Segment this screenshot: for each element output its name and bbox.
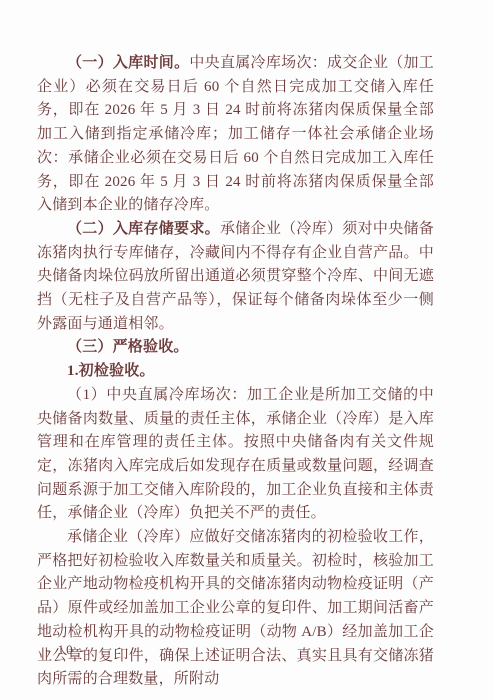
page-number: - 10 -: [46, 642, 86, 658]
document-page: （一）入库时间。中央直属冷库场次：成交企业（加工企业）必须在交易日后 60 个自…: [0, 0, 493, 700]
paragraph: （一）入库时间。中央直属冷库场次：成交企业（加工企业）必须在交易日后 60 个自…: [37, 52, 434, 218]
document-body: （一）入库时间。中央直属冷库场次：成交企业（加工企业）必须在交易日后 60 个自…: [37, 52, 434, 692]
paragraph-text: 中央直属冷库场次：成交企业（加工企业）必须在交易日后 60 个自然日完成加工交储…: [37, 55, 434, 213]
paragraph: （二）入库存储要求。承储企业（冷库）须对中央储备冻猪肉执行专库储存，冷藏间内不得…: [37, 218, 434, 337]
paragraph: （1）中央直属冷库场次：加工企业是所加工交储的中央储备肉数量、质量的责任主体，承…: [37, 384, 434, 526]
paragraph-text: 承储企业（冷库）应做好交储冻猪肉的初检验收工作，严格把好初检验收入库数量关和质量…: [37, 529, 434, 687]
paragraph-text: （1）中央直属冷库场次：加工企业是所加工交储的中央储备肉数量、质量的责任主体，承…: [37, 387, 434, 522]
paragraph: 承储企业（冷库）应做好交储冻猪肉的初检验收工作，严格把好初检验收入库数量关和质量…: [37, 526, 434, 692]
paragraph: （三）严格验收。: [37, 336, 434, 360]
paragraph-lead: （三）严格验收。: [67, 339, 189, 355]
paragraph: 1.初检验收。: [37, 360, 434, 384]
paragraph-lead: （一）入库时间。: [67, 55, 189, 71]
paragraph-lead: （二）入库存储要求。: [67, 221, 220, 237]
paragraph-text: 承储企业（冷库）须对中央储备冻猪肉执行专库储存，冷藏间内不得存有企业自营产品。中…: [37, 221, 434, 332]
paragraph-lead: 1.初检验收。: [67, 363, 155, 379]
